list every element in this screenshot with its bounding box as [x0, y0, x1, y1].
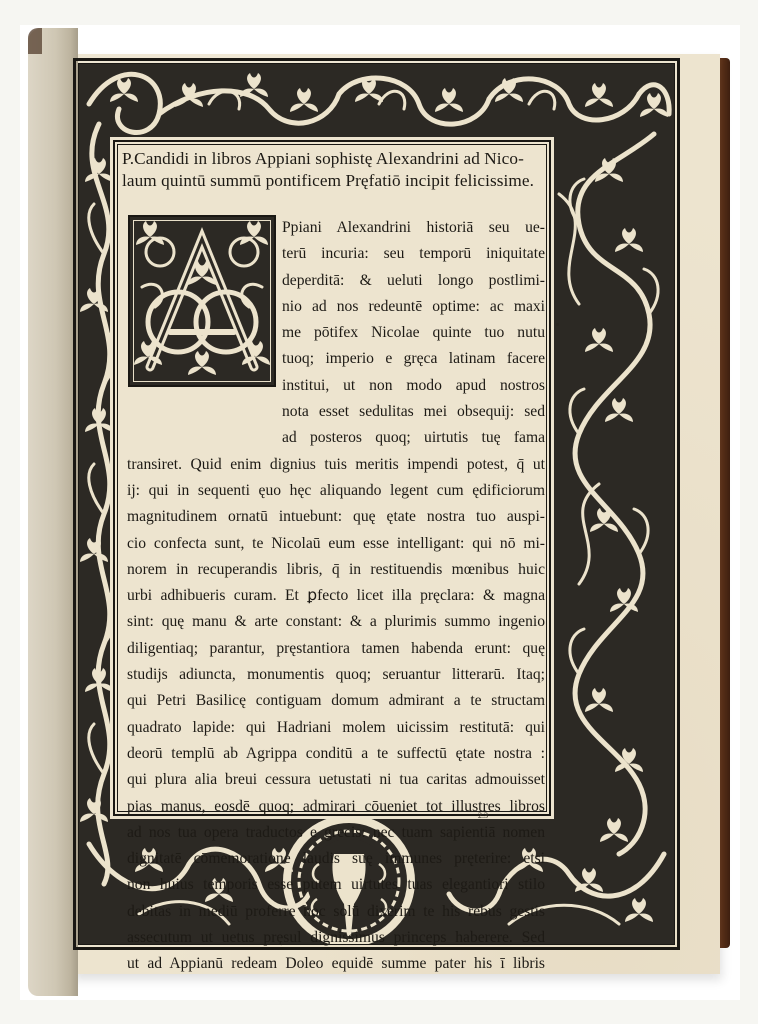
preface-heading: P.Candidi in libros Appiani sophistę Ale… — [122, 148, 542, 192]
text-line: deperditā: & ueluti longo postlimi- — [127, 268, 545, 294]
text-line: nio ad nos redeuntē optime: ac maxi — [127, 294, 545, 320]
text-line: institui, ut non modo apud nostros — [127, 373, 545, 399]
text-line: Ppiani Alexandrini historiā seu ue- — [127, 215, 545, 241]
text-line: dignitatē cōmemoratione laudis suę immun… — [127, 846, 545, 872]
text-line: deorū templū ab Agrippa conditū a te suf… — [127, 741, 545, 767]
ink-speck — [556, 323, 559, 326]
text-line: transiret. Quid enim dignius tuis meriti… — [127, 452, 545, 478]
signature-mark: 2.3 — [478, 811, 488, 820]
text-line: ij: qui in sequenti ęuo hęc aliquando le… — [127, 478, 545, 504]
text-line: quadrato lapide: qui Hadriani molem uici… — [127, 715, 545, 741]
text-line: urbi adhibueris curam. Et ꝑfecto licet i… — [127, 583, 545, 609]
text-line: debitas in mediū proferre hoc solū dixer… — [127, 899, 545, 925]
text-line: nota esset sedulitas mei obsequij: sed — [127, 399, 545, 425]
preface-body-text: Ppiani Alexandrini historiā seu ue- terū… — [127, 215, 545, 978]
text-line: cio confecta sunt, te Nicolaū eum esse i… — [127, 531, 545, 557]
text-line: ad posteros quoq; uirtutis tuę fama — [127, 425, 545, 451]
text-line: magnitudinem ornatū intuebunt: quę ętate… — [127, 504, 545, 530]
text-line: ad nos tua opera traductos e grecis: nec… — [127, 820, 545, 846]
text-line: terū incuria: seu temporū iniquitate — [127, 241, 545, 267]
text-line: tuoq; imperio e gręca latinam facere — [127, 346, 545, 372]
text-line: diligentiaq; parantur, pręstantiora tame… — [127, 636, 545, 662]
text-line: studijs adiuncta, monumentis quoq; serua… — [127, 662, 545, 688]
text-line: non huius temporis esse putem uirtutes t… — [127, 872, 545, 898]
text-line: me pōtifex Nicolae quinte tuo nutu — [127, 320, 545, 346]
text-line: assecutum ut uetus pręsul dignissimus pr… — [127, 925, 545, 951]
text-line: norem in recuperandis libris, q̄ in rest… — [127, 557, 545, 583]
heading-line: laum quintū summū pontificem Pręfatiō in… — [122, 170, 542, 192]
left-page-curl — [28, 28, 78, 996]
text-line: qui Petri Basilicę contiguam domum admir… — [127, 688, 545, 714]
text-line: sint: quę manu & arte constant: & a plur… — [127, 609, 545, 635]
text-line: ut ad Appianū redeam Doleo equidē summe … — [127, 951, 545, 977]
text-line: qui plura alia breui cessura uetustati n… — [127, 767, 545, 793]
heading-line: P.Candidi in libros Appiani sophistę Ale… — [122, 148, 542, 170]
